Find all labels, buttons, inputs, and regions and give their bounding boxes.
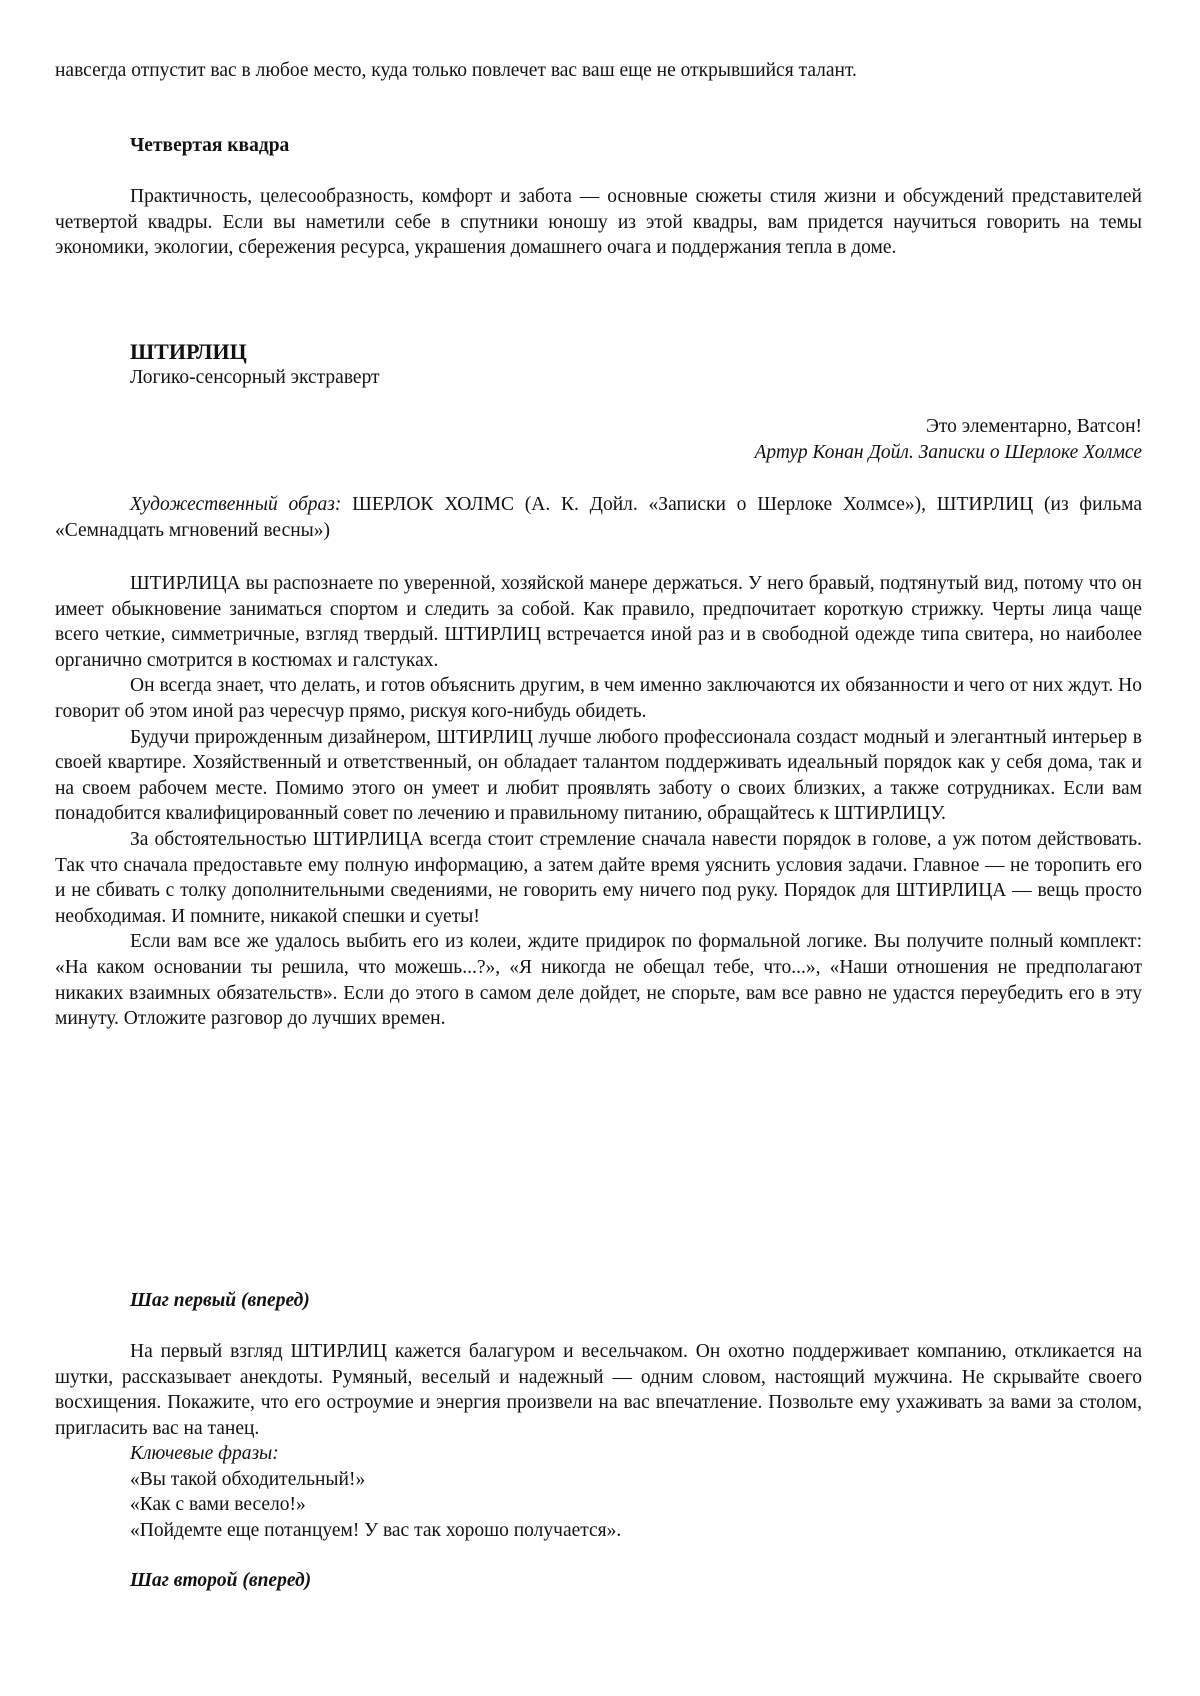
epigraph: Это элементарно, Ватсон! Артур Конан Дой… — [55, 414, 1142, 465]
paragraph: За обстоятельностью ШТИРЛИЦА всегда стои… — [55, 827, 1142, 929]
paragraph: Будучи прирожденным дизайнером, ШТИРЛИЦ … — [55, 725, 1142, 827]
main-paragraphs: ШТИРЛИЦА вы распознаете по уверенной, хо… — [55, 571, 1142, 1032]
paragraph: Он всегда знает, что делать, и готов объ… — [55, 673, 1142, 724]
key-phrases-label: Ключевые фразы: — [130, 1441, 1142, 1467]
paragraph: ШТИРЛИЦА вы распознаете по уверенной, хо… — [55, 571, 1142, 673]
type-subtitle: Логико-сенсорный экстраверт — [130, 365, 1142, 391]
type-title-block: ШТИРЛИЦ Логико-сенсорный экстраверт — [55, 338, 1142, 391]
step2-heading: Шаг второй (вперед) — [130, 1568, 1142, 1594]
key-phrase: «Как с вами весело!» — [130, 1492, 1142, 1518]
step1-paragraph-block: На первый взгляд ШТИРЛИЦ кажется балагур… — [55, 1339, 1142, 1441]
artistic-image-label: Художественный образ: — [130, 494, 341, 515]
continued-line: навсегда отпустит вас в любое место, куд… — [55, 58, 1142, 84]
paragraph: На первый взгляд ШТИРЛИЦ кажется балагур… — [55, 1339, 1142, 1441]
quadra4-paragraph-block: Практичность, целесообразность, комфорт … — [55, 184, 1142, 261]
artistic-image: Художественный образ: ШЕРЛОК ХОЛМС (А. К… — [55, 492, 1142, 543]
top-line: навсегда отпустит вас в любое место, куд… — [55, 58, 1142, 84]
paragraph: Если вам все же удалось выбить его из ко… — [55, 929, 1142, 1031]
key-phrase: «Вы такой обходительный!» — [130, 1467, 1142, 1493]
paragraph: Практичность, целесообразность, комфорт … — [55, 184, 1142, 261]
section-heading: Четвертая квадра — [130, 133, 1142, 159]
artistic-image-block: Художественный образ: ШЕРЛОК ХОЛМС (А. К… — [55, 492, 1142, 543]
step2-heading-block: Шаг второй (вперед) — [55, 1568, 1142, 1594]
type-name: ШТИРЛИЦ — [130, 338, 1142, 365]
key-phrases: Ключевые фразы: «Вы такой обходительный!… — [55, 1441, 1142, 1543]
quadra4-heading-block: Четвертая квадра — [55, 133, 1142, 159]
step1-heading: Шаг первый (вперед) — [130, 1288, 1142, 1314]
epigraph-source: Артур Конан Дойл. Записки о Шерлоке Холм… — [55, 440, 1142, 466]
key-phrase: «Пойдемте еще потанцуем! У вас так хорош… — [130, 1518, 1142, 1544]
epigraph-quote: Это элементарно, Ватсон! — [55, 414, 1142, 440]
step1-heading-block: Шаг первый (вперед) — [55, 1288, 1142, 1314]
